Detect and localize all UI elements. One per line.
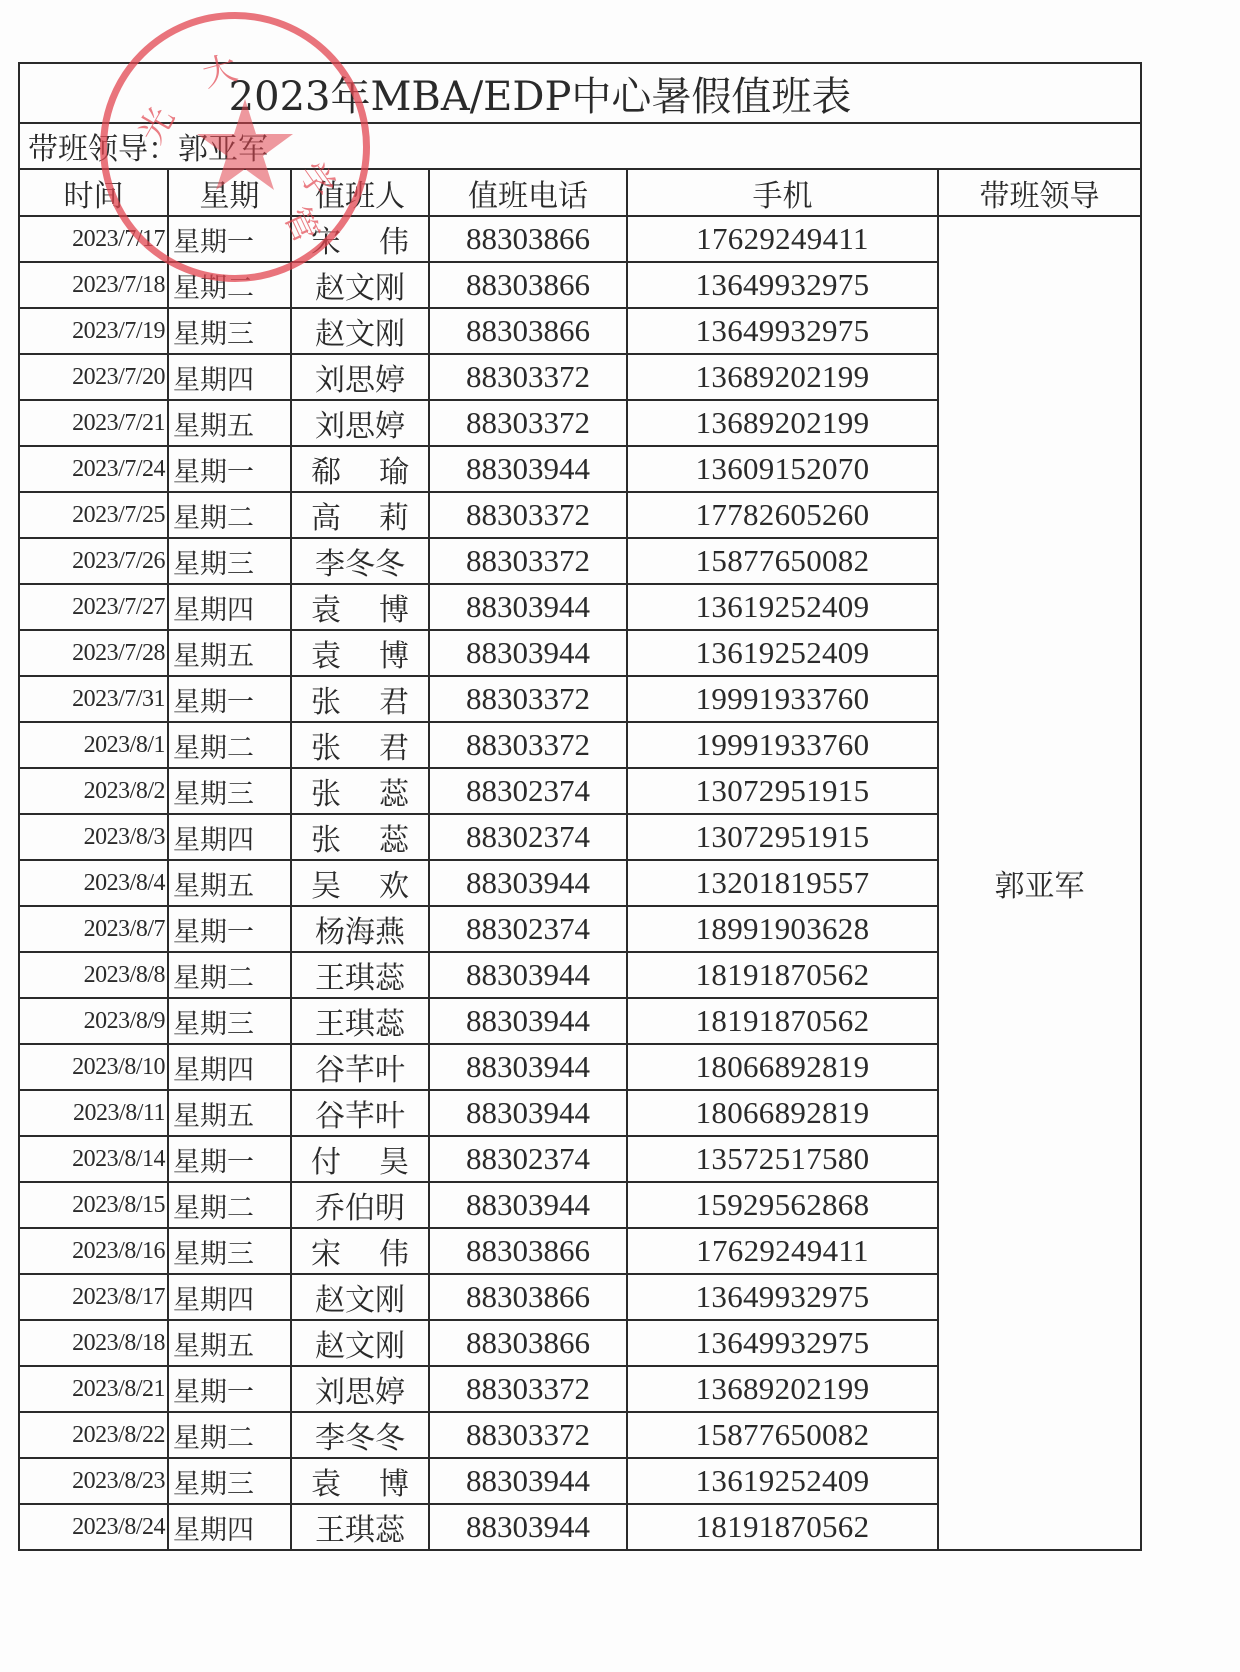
cell-mobile: 13609152070 — [627, 446, 938, 492]
cell-tel: 88303866 — [429, 216, 627, 262]
cell-mobile: 15877650082 — [627, 538, 938, 584]
cell-date: 2023/8/2 — [19, 768, 168, 814]
cell-person: 王琪蕊 — [291, 952, 429, 998]
cell-tel: 88303944 — [429, 1182, 627, 1228]
cell-weekday: 星期二 — [168, 1182, 291, 1228]
cell-person: 谷芊叶 — [291, 1090, 429, 1136]
leader-line: 带班领导：郭亚军 — [19, 123, 1141, 169]
cell-weekday: 星期五 — [168, 630, 291, 676]
cell-weekday: 星期一 — [168, 676, 291, 722]
cell-tel: 88303944 — [429, 1504, 627, 1550]
cell-weekday: 星期二 — [168, 722, 291, 768]
cell-weekday: 星期一 — [168, 906, 291, 952]
column-header-person: 值班人 — [291, 169, 429, 216]
cell-person: 付昊 — [291, 1136, 429, 1182]
cell-mobile: 18991903628 — [627, 906, 938, 952]
cell-weekday: 星期五 — [168, 400, 291, 446]
cell-tel: 88303944 — [429, 952, 627, 998]
cell-weekday: 星期五 — [168, 860, 291, 906]
cell-weekday: 星期三 — [168, 538, 291, 584]
cell-mobile: 18066892819 — [627, 1044, 938, 1090]
cell-tel: 88303944 — [429, 1090, 627, 1136]
cell-tel: 88303866 — [429, 1228, 627, 1274]
cell-date: 2023/8/4 — [19, 860, 168, 906]
cell-person: 刘思婷 — [291, 1366, 429, 1412]
cell-person: 袁博 — [291, 630, 429, 676]
cell-person: 赵文刚 — [291, 1274, 429, 1320]
cell-mobile: 15929562868 — [627, 1182, 938, 1228]
cell-date: 2023/8/16 — [19, 1228, 168, 1274]
duty-roster-sheet: 2023年MBA/EDP中心暑假值班表 带班领导：郭亚军 时间 星期 值班人 值… — [18, 62, 1140, 1551]
cell-date: 2023/8/24 — [19, 1504, 168, 1550]
column-header-tel: 值班电话 — [429, 169, 627, 216]
column-header-date: 时间 — [19, 169, 168, 216]
cell-date: 2023/8/15 — [19, 1182, 168, 1228]
cell-tel: 88303866 — [429, 308, 627, 354]
cell-date: 2023/7/19 — [19, 308, 168, 354]
cell-mobile: 13649932975 — [627, 308, 938, 354]
cell-mobile: 13619252409 — [627, 630, 938, 676]
cell-person: 宋伟 — [291, 216, 429, 262]
document-title: 2023年MBA/EDP中心暑假值班表 — [19, 63, 1141, 123]
cell-date: 2023/7/18 — [19, 262, 168, 308]
cell-tel: 88302374 — [429, 906, 627, 952]
cell-tel: 88303866 — [429, 1320, 627, 1366]
cell-date: 2023/7/27 — [19, 584, 168, 630]
cell-person: 赵文刚 — [291, 1320, 429, 1366]
cell-weekday: 星期一 — [168, 1366, 291, 1412]
cell-weekday: 星期三 — [168, 1228, 291, 1274]
cell-tel: 88303372 — [429, 492, 627, 538]
cell-person-text: 张蕊 — [311, 815, 409, 859]
cell-mobile: 13649932975 — [627, 1320, 938, 1366]
cell-person-text: 张君 — [311, 723, 409, 767]
cell-mobile: 13619252409 — [627, 1458, 938, 1504]
cell-date: 2023/8/1 — [19, 722, 168, 768]
cell-tel: 88303372 — [429, 400, 627, 446]
cell-date: 2023/7/21 — [19, 400, 168, 446]
cell-person: 吴欢 — [291, 860, 429, 906]
cell-mobile: 13689202199 — [627, 354, 938, 400]
cell-person-text: 张君 — [311, 677, 409, 721]
cell-weekday: 星期四 — [168, 1504, 291, 1550]
cell-mobile: 15877650082 — [627, 1412, 938, 1458]
cell-weekday: 星期四 — [168, 814, 291, 860]
cell-date: 2023/8/23 — [19, 1458, 168, 1504]
cell-weekday: 星期五 — [168, 1090, 291, 1136]
cell-person-text: 吴欢 — [311, 861, 409, 905]
cell-tel: 88302374 — [429, 814, 627, 860]
cell-weekday: 星期三 — [168, 768, 291, 814]
cell-date: 2023/7/20 — [19, 354, 168, 400]
cell-person: 王琪蕊 — [291, 998, 429, 1044]
cell-date: 2023/8/18 — [19, 1320, 168, 1366]
cell-tel: 88303372 — [429, 1366, 627, 1412]
cell-person: 张君 — [291, 676, 429, 722]
title-text: 2023年MBA/EDP中心暑假值班表 — [229, 74, 852, 120]
cell-person: 袁博 — [291, 1458, 429, 1504]
cell-person-text: 郗瑜 — [311, 447, 409, 491]
cell-tel: 88303372 — [429, 354, 627, 400]
cell-date: 2023/8/21 — [19, 1366, 168, 1412]
table-row: 2023/7/17星期一宋伟8830386617629249411郭亚军 — [19, 216, 1141, 262]
cell-weekday: 星期四 — [168, 584, 291, 630]
cell-tel: 88303866 — [429, 262, 627, 308]
cell-weekday: 星期二 — [168, 492, 291, 538]
cell-weekday: 星期三 — [168, 1458, 291, 1504]
cell-mobile: 18191870562 — [627, 952, 938, 998]
column-header-leader: 带班领导 — [938, 169, 1141, 216]
cell-weekday: 星期二 — [168, 952, 291, 998]
cell-mobile: 13689202199 — [627, 1366, 938, 1412]
cell-person: 赵文刚 — [291, 262, 429, 308]
cell-weekday: 星期四 — [168, 354, 291, 400]
cell-person-text: 袁博 — [311, 585, 409, 629]
cell-person-text: 付昊 — [311, 1137, 409, 1181]
cell-weekday: 星期二 — [168, 1412, 291, 1458]
cell-mobile: 13072951915 — [627, 814, 938, 860]
cell-tel: 88303866 — [429, 1274, 627, 1320]
cell-mobile: 17782605260 — [627, 492, 938, 538]
cell-person: 刘思婷 — [291, 400, 429, 446]
cell-mobile: 18191870562 — [627, 998, 938, 1044]
cell-tel: 88303944 — [429, 1044, 627, 1090]
cell-weekday: 星期三 — [168, 998, 291, 1044]
table-header-row: 时间 星期 值班人 值班电话 手机 带班领导 — [19, 169, 1141, 216]
cell-tel: 88303944 — [429, 584, 627, 630]
cell-mobile: 17629249411 — [627, 216, 938, 262]
cell-weekday: 星期四 — [168, 1044, 291, 1090]
cell-mobile: 13572517580 — [627, 1136, 938, 1182]
cell-leader: 郭亚军 — [938, 216, 1141, 1550]
cell-person: 李冬冬 — [291, 1412, 429, 1458]
cell-date: 2023/8/10 — [19, 1044, 168, 1090]
cell-weekday: 星期四 — [168, 1274, 291, 1320]
cell-tel: 88303372 — [429, 676, 627, 722]
cell-weekday: 星期三 — [168, 308, 291, 354]
cell-tel: 88303372 — [429, 722, 627, 768]
cell-weekday: 星期一 — [168, 216, 291, 262]
cell-mobile: 18066892819 — [627, 1090, 938, 1136]
cell-person: 谷芊叶 — [291, 1044, 429, 1090]
cell-person: 刘思婷 — [291, 354, 429, 400]
cell-mobile: 18191870562 — [627, 1504, 938, 1550]
cell-date: 2023/8/8 — [19, 952, 168, 998]
cell-date: 2023/7/28 — [19, 630, 168, 676]
cell-person-text: 宋伟 — [311, 1229, 409, 1273]
cell-person: 高莉 — [291, 492, 429, 538]
cell-date: 2023/8/22 — [19, 1412, 168, 1458]
cell-date: 2023/7/24 — [19, 446, 168, 492]
cell-tel: 88303944 — [429, 630, 627, 676]
duty-roster-table: 2023年MBA/EDP中心暑假值班表 带班领导：郭亚军 时间 星期 值班人 值… — [18, 62, 1142, 1551]
cell-tel: 88302374 — [429, 1136, 627, 1182]
cell-mobile: 19991933760 — [627, 722, 938, 768]
column-header-weekday: 星期 — [168, 169, 291, 216]
cell-tel: 88303944 — [429, 998, 627, 1044]
cell-person: 李冬冬 — [291, 538, 429, 584]
cell-person: 袁博 — [291, 584, 429, 630]
cell-person-text: 袁博 — [311, 1459, 409, 1503]
cell-person: 宋伟 — [291, 1228, 429, 1274]
cell-mobile: 13619252409 — [627, 584, 938, 630]
cell-weekday: 星期五 — [168, 1320, 291, 1366]
cell-date: 2023/8/3 — [19, 814, 168, 860]
cell-tel: 88303944 — [429, 446, 627, 492]
cell-person-text: 张蕊 — [311, 769, 409, 813]
cell-date: 2023/7/17 — [19, 216, 168, 262]
cell-person: 王琪蕊 — [291, 1504, 429, 1550]
cell-tel: 88303944 — [429, 860, 627, 906]
cell-person-text: 宋伟 — [311, 217, 409, 261]
cell-date: 2023/8/14 — [19, 1136, 168, 1182]
cell-mobile: 13649932975 — [627, 262, 938, 308]
cell-person: 杨海燕 — [291, 906, 429, 952]
cell-date: 2023/8/7 — [19, 906, 168, 952]
cell-mobile: 19991933760 — [627, 676, 938, 722]
cell-mobile: 13689202199 — [627, 400, 938, 446]
cell-date: 2023/8/9 — [19, 998, 168, 1044]
cell-tel: 88303372 — [429, 1412, 627, 1458]
cell-date: 2023/8/17 — [19, 1274, 168, 1320]
cell-tel: 88303944 — [429, 1458, 627, 1504]
cell-person: 赵文刚 — [291, 308, 429, 354]
cell-person-text: 高莉 — [311, 493, 409, 537]
cell-date: 2023/7/26 — [19, 538, 168, 584]
cell-date: 2023/7/25 — [19, 492, 168, 538]
cell-mobile: 13201819557 — [627, 860, 938, 906]
cell-person-text: 袁博 — [311, 631, 409, 675]
cell-person: 乔伯明 — [291, 1182, 429, 1228]
cell-weekday: 星期二 — [168, 262, 291, 308]
cell-person: 张蕊 — [291, 814, 429, 860]
cell-mobile: 13072951915 — [627, 768, 938, 814]
cell-mobile: 13649932975 — [627, 1274, 938, 1320]
cell-weekday: 星期一 — [168, 446, 291, 492]
cell-weekday: 星期一 — [168, 1136, 291, 1182]
cell-person: 郗瑜 — [291, 446, 429, 492]
cell-date: 2023/7/31 — [19, 676, 168, 722]
cell-tel: 88302374 — [429, 768, 627, 814]
cell-date: 2023/8/11 — [19, 1090, 168, 1136]
cell-tel: 88303372 — [429, 538, 627, 584]
cell-person: 张蕊 — [291, 768, 429, 814]
cell-person: 张君 — [291, 722, 429, 768]
cell-mobile: 17629249411 — [627, 1228, 938, 1274]
column-header-mobile: 手机 — [627, 169, 938, 216]
